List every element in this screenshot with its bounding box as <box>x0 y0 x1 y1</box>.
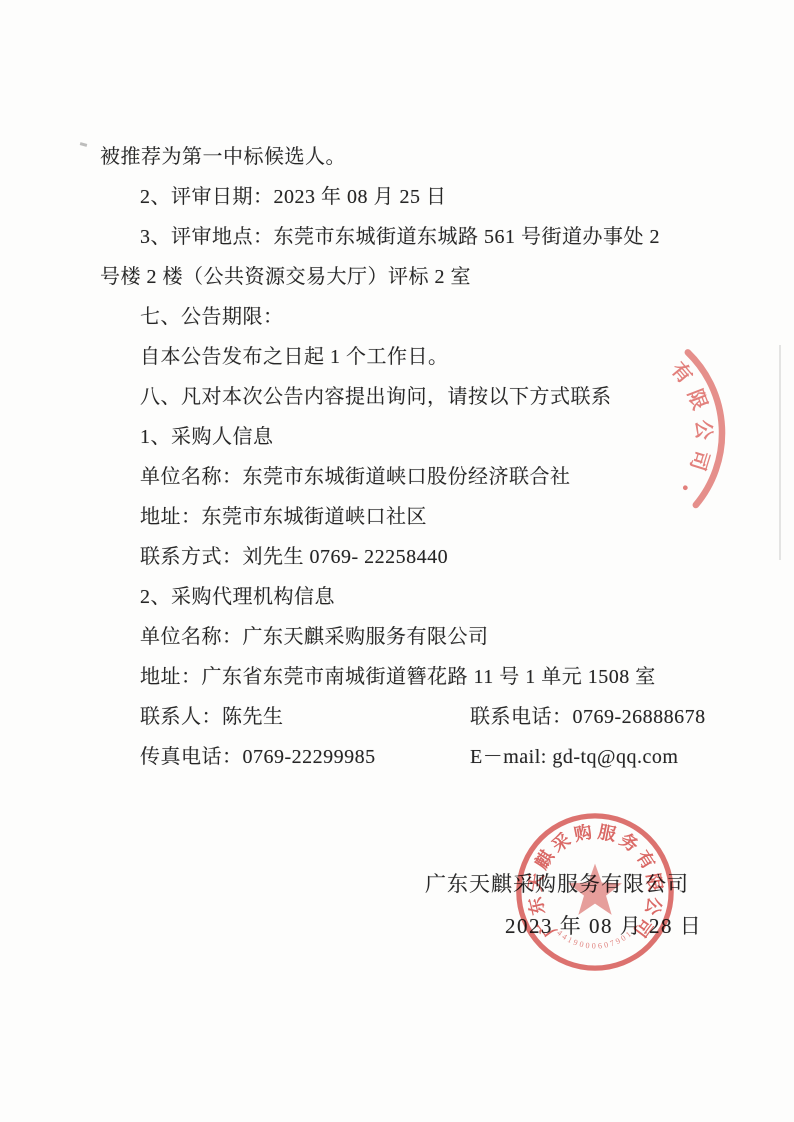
doc-line: 3、评审地点：东莞市东城街道东城路 561 号街道办事处 2 <box>100 217 794 257</box>
doc-line: 被推荐为第一中标候选人。 <box>100 137 794 177</box>
contact-person: 联系人：陈先生 <box>140 706 284 728</box>
doc-line: 地址：广东省东莞市南城街道簪花路 11 号 1 单元 1508 室 <box>100 657 794 697</box>
svg-text:天: 天 <box>525 871 548 892</box>
contact-phone: 联系电话：0769-26888678 <box>430 697 706 737</box>
company-seal-stamp: 广东天麒采购服务有限公司 4419000607901 <box>514 811 676 973</box>
svg-text:限: 限 <box>683 386 712 413</box>
partial-seal-stamp: 有限公司● <box>510 321 734 545</box>
svg-text:服: 服 <box>596 822 618 845</box>
doc-line: 2、采购代理机构信息 <box>100 577 794 617</box>
svg-text:公: 公 <box>692 419 716 441</box>
doc-line-contact: 联系人：陈先生 联系电话：0769-26888678 <box>100 697 794 737</box>
doc-line: 单位名称：广东天麒采购服务有限公司 <box>100 617 794 657</box>
svg-text:公: 公 <box>641 895 665 917</box>
scanned-document-page: 被推荐为第一中标候选人。 2、评审日期：2023 年 08 月 25 日 3、评… <box>0 0 794 1122</box>
doc-line: 2、评审日期：2023 年 08 月 25 日 <box>100 177 794 217</box>
fax-number: 传真电话：0769-22299985 <box>140 746 376 768</box>
scan-artifact <box>779 345 781 560</box>
svg-text:东: 东 <box>524 895 549 917</box>
seal-star-icon <box>568 864 622 915</box>
svg-text:司: 司 <box>630 915 657 941</box>
doc-line: 号楼 2 楼（公共资源交易大厅）评标 2 室 <box>100 257 794 297</box>
svg-text:购: 购 <box>572 821 594 845</box>
email-address: E－mail: gd-tq@qq.com <box>430 737 678 777</box>
svg-text:●: ● <box>678 481 692 493</box>
doc-line-fax: 传真电话：0769-22299985 E－mail: gd-tq@qq.com <box>100 737 794 777</box>
svg-text:限: 限 <box>643 872 666 893</box>
svg-text:司: 司 <box>685 447 713 473</box>
seal-code: 4419000607901 <box>555 928 635 950</box>
